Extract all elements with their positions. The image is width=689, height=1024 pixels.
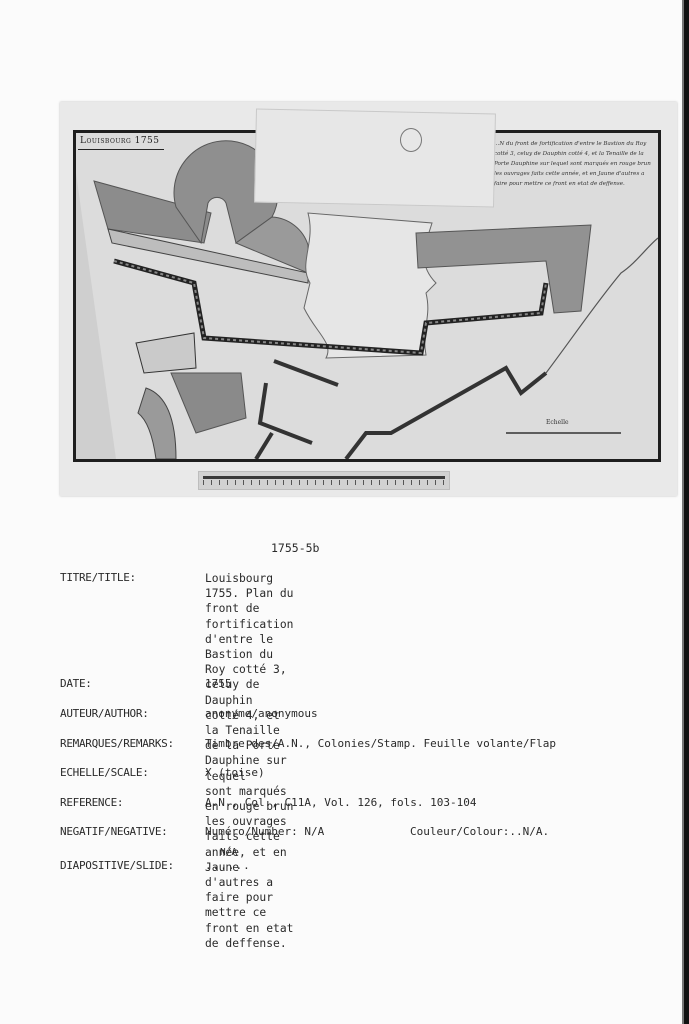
field-value: Timbre des/A.N., Colonies/Stamp. Feuille… — [205, 737, 556, 750]
field-value: X (toise) — [205, 766, 265, 779]
field-colour-value: Couleur/Colour:..N/A. — [410, 825, 549, 838]
paper-flap — [254, 108, 496, 207]
field-label: NEGATIF/NEGATIVE: — [60, 825, 167, 838]
field-label: ECHELLE/SCALE: — [60, 766, 149, 779]
archive-stamp — [400, 128, 422, 152]
map-title: Louisbourg 1755 — [78, 135, 164, 150]
field-value: 1755 — [205, 677, 232, 690]
field-value: anonyme/anonymous — [205, 707, 318, 720]
field-value-annotation: N/A — [220, 847, 237, 858]
field-label: AUTEUR/AUTHOR: — [60, 707, 149, 720]
field-label: DATE: — [60, 677, 92, 690]
field-value: A.N., Col., C11A, Vol. 126, fols. 103-10… — [205, 796, 477, 809]
field-label: TITRE/TITLE: — [60, 571, 136, 584]
catalog-number: 1755-5b — [271, 541, 319, 555]
field-label: DIAPOSITIVE/SLIDE: — [60, 859, 174, 872]
map-photograph: Louisbourg 1755 ...N du front de fortifi… — [60, 102, 677, 496]
field-label: REMARQUES/REMARKS: — [60, 737, 174, 750]
field-value: Numéro/Number: N/A — [205, 825, 324, 838]
map-legend-text: ...N du front de fortification d'entre l… — [494, 139, 654, 189]
scan-edge — [684, 0, 689, 1024]
map-scale-label: Echelle — [546, 419, 569, 426]
field-value: Louisbourg 1755. Plan du front de fortif… — [205, 571, 293, 951]
field-label: REFERENCE: — [60, 796, 123, 809]
measurement-ruler — [198, 471, 450, 490]
field-value: ...... — [205, 859, 251, 872]
